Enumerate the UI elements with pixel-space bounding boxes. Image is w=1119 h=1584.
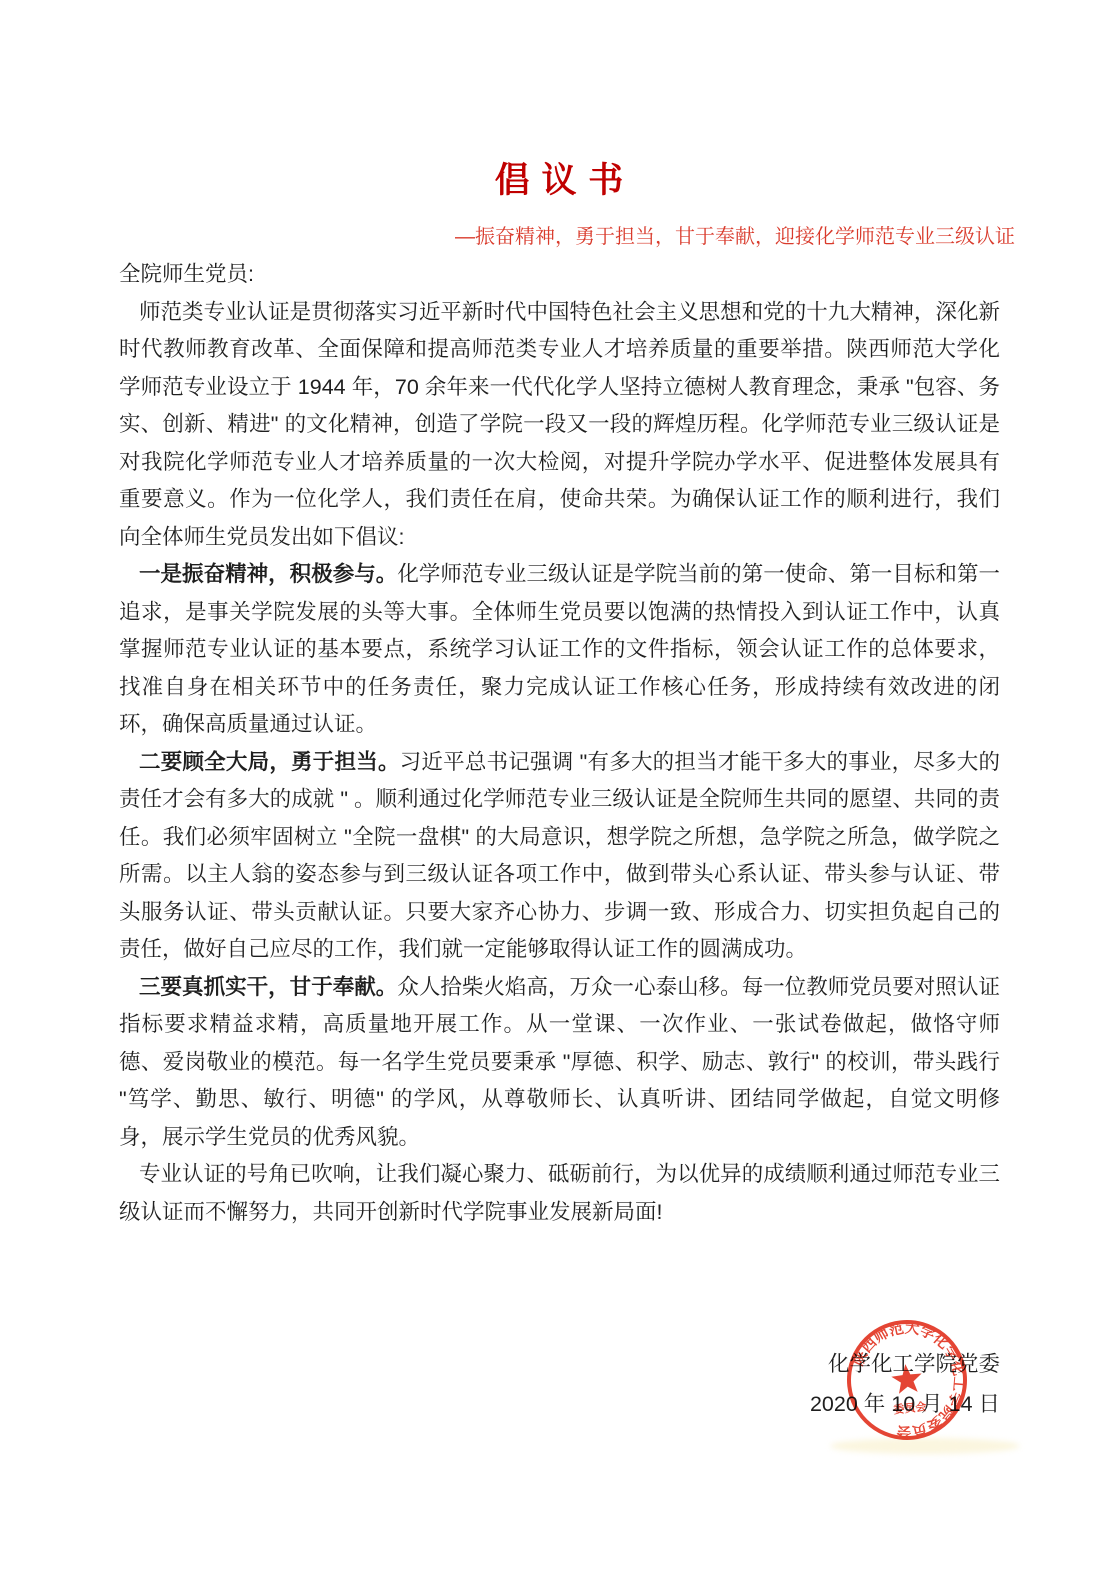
document-body: 全院师生党员: 师范类专业认证是贯彻落实习近平新时代中国特色社会主义思想和党的十…	[119, 256, 1000, 1231]
paragraph-point-1-text: 化学师范专业三级认证是学院当前的第一使命、第一目标和第一追求，是事关学院发展的头…	[119, 562, 1000, 736]
document-title: 倡 议 书	[0, 158, 1119, 204]
paragraph-point-1-lead: 一是振奋精神，积极参与。	[139, 562, 397, 586]
paragraph-closing-text: 专业认证的号角已吹响，让我们凝心聚力、砥砺前行，为以优异的成绩顺利通过师范专业三…	[119, 1162, 1000, 1224]
seal-ink-smudge	[830, 1438, 1020, 1454]
signature-block: 化学化工学院党委 2020 年 10 月 14 日	[0, 1344, 1000, 1424]
paragraph-point-2-text: 习近平总书记强调 "有多大的担当才能干多大的事业，尽多大的责任才会有多大的成就 …	[119, 750, 1000, 962]
paragraph-intro-text: 师范类专业认证是贯彻落实习近平新时代中国特色社会主义思想和党的十九大精神，深化新…	[119, 300, 1000, 549]
paragraph-intro: 师范类专业认证是贯彻落实习近平新时代中国特色社会主义思想和党的十九大精神，深化新…	[119, 294, 1000, 557]
paragraph-point-2-lead: 二要顾全大局，勇于担当。	[139, 750, 400, 774]
paragraph-point-3: 三要真抓实干，甘于奉献。众人拾柴火焰高，万众一心泰山移。每一位教师党员要对照认证…	[119, 969, 1000, 1157]
paragraph-point-1: 一是振奋精神，积极参与。化学师范专业三级认证是学院当前的第一使命、第一目标和第一…	[119, 556, 1000, 744]
document-subtitle: —振奋精神，勇于担当，甘于奉献，迎接化学师范专业三级认证	[0, 222, 1015, 252]
signature-date: 2020 年 10 月 14 日	[0, 1384, 1000, 1424]
paragraph-closing: 专业认证的号角已吹响，让我们凝心聚力、砥砺前行，为以优异的成绩顺利通过师范专业三…	[119, 1156, 1000, 1231]
paragraph-point-3-lead: 三要真抓实干，甘于奉献。	[139, 975, 397, 999]
paragraph-point-2: 二要顾全大局，勇于担当。习近平总书记强调 "有多大的担当才能干多大的事业，尽多大…	[119, 744, 1000, 969]
paragraph-point-3-text: 众人拾柴火焰高，万众一心泰山移。每一位教师党员要对照认证指标要求精益求精，高质量…	[119, 975, 1000, 1149]
proposal-document-page: 倡 议 书 —振奋精神，勇于担当，甘于奉献，迎接化学师范专业三级认证 全院师生党…	[0, 0, 1119, 1584]
signature-org: 化学化工学院党委	[0, 1344, 1000, 1384]
salutation: 全院师生党员:	[119, 256, 1000, 294]
